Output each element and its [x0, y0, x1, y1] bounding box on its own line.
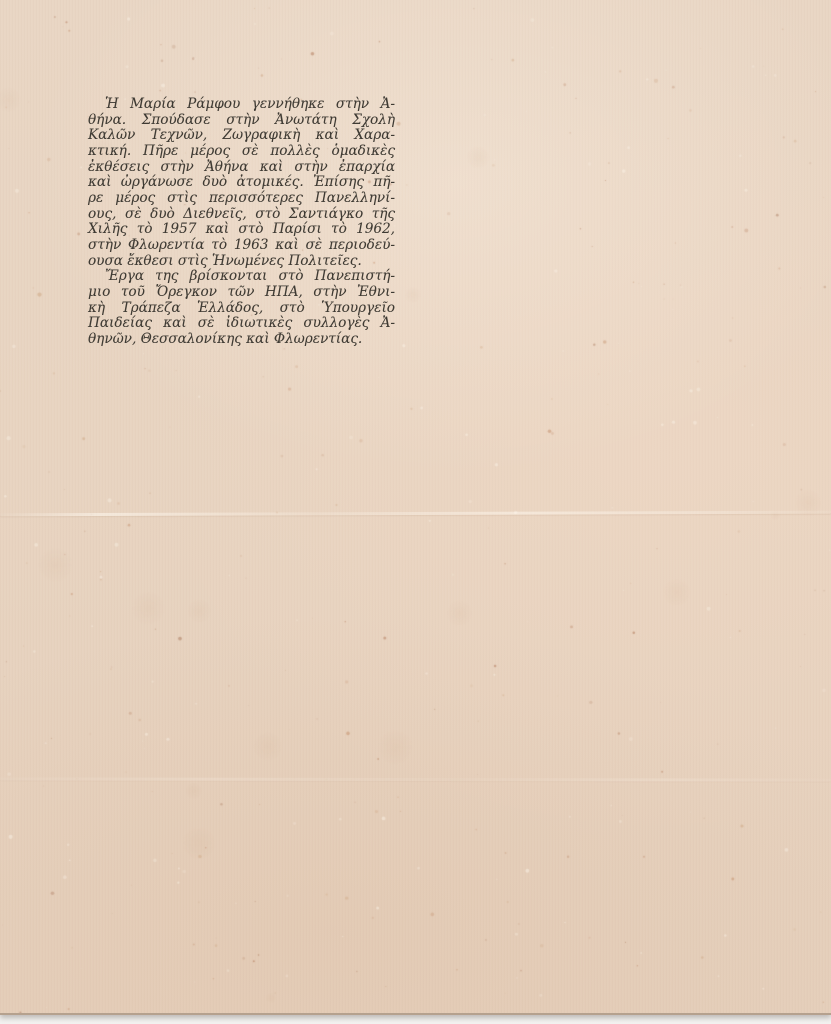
bio-line: Παιδείας καὶ σὲ ἰδιωτικὲς συλλογὲς Ἀ- [88, 316, 395, 332]
bio-line: ρε μέρος στὶς περισσότερες Πανελληνί- [88, 191, 395, 207]
bio-line: κτική. Πῆρε μέρος σὲ πολλὲς ὁμαδικὲς [88, 144, 395, 160]
bio-line: ουσα ἔκθεσι στὶς Ἡνωμένες Πολιτεῖες. [88, 254, 395, 270]
bio-line: ἐκθέσεις στὴν Ἀθήνα καὶ στὴν ἐπαρχία [88, 160, 395, 176]
bio-line: καὶ ὠργάνωσε δυὸ ἀτομικές. Ἐπίσης πῆ- [88, 175, 395, 191]
biography-text-block: Ἡ Μαρία Ράμφου γεννήθηκε στὴν Ἀ- θήνα. Σ… [88, 97, 395, 348]
scan-backdrop: Ἡ Μαρία Ράμφου γεννήθηκε στὴν Ἀ- θήνα. Σ… [0, 0, 831, 1024]
bio-line: θηνῶν, Θεσσαλονίκης καὶ Φλωρεντίας. [88, 332, 395, 348]
paper-page: Ἡ Μαρία Ράμφου γεννήθηκε στὴν Ἀ- θήνα. Σ… [0, 0, 831, 1015]
bio-line: θήνα. Σπούδασε στὴν Ἀνωτάτη Σχολὴ [88, 113, 395, 129]
bio-line: στὴν Φλωρεντία τὸ 1963 καὶ σὲ περιοδεύ- [88, 238, 395, 254]
bio-line: Χιλῆς τὸ 1957 καὶ στὸ Παρίσι τὸ 1962, [88, 222, 395, 238]
bio-line: Καλῶν Τεχνῶν, Ζωγραφικὴ καὶ Χαρα- [88, 128, 395, 144]
bio-line: κὴ Τράπεζα Ἑλλάδος, στὸ Ὑπουργεῖο [88, 301, 395, 317]
bio-line: ους, σὲ δυὸ Διεθνεῖς, στὸ Σαντιάγκο τῆς [88, 207, 395, 223]
biography-paragraph-1: Ἡ Μαρία Ράμφου γεννήθηκε στὴν Ἀ- θήνα. Σ… [88, 97, 395, 269]
biography-paragraph-2: Ἔργα της βρίσκονται στὸ Πανεπιστή- μιο τ… [88, 269, 395, 347]
bio-line: Ἔργα της βρίσκονται στὸ Πανεπιστή- [88, 269, 395, 285]
bio-line: Ἡ Μαρία Ράμφου γεννήθηκε στὴν Ἀ- [88, 97, 395, 113]
bio-line: μιο τοῦ Ὄρεγκον τῶν ΗΠΑ, στὴν Ἐθνι- [88, 285, 395, 301]
